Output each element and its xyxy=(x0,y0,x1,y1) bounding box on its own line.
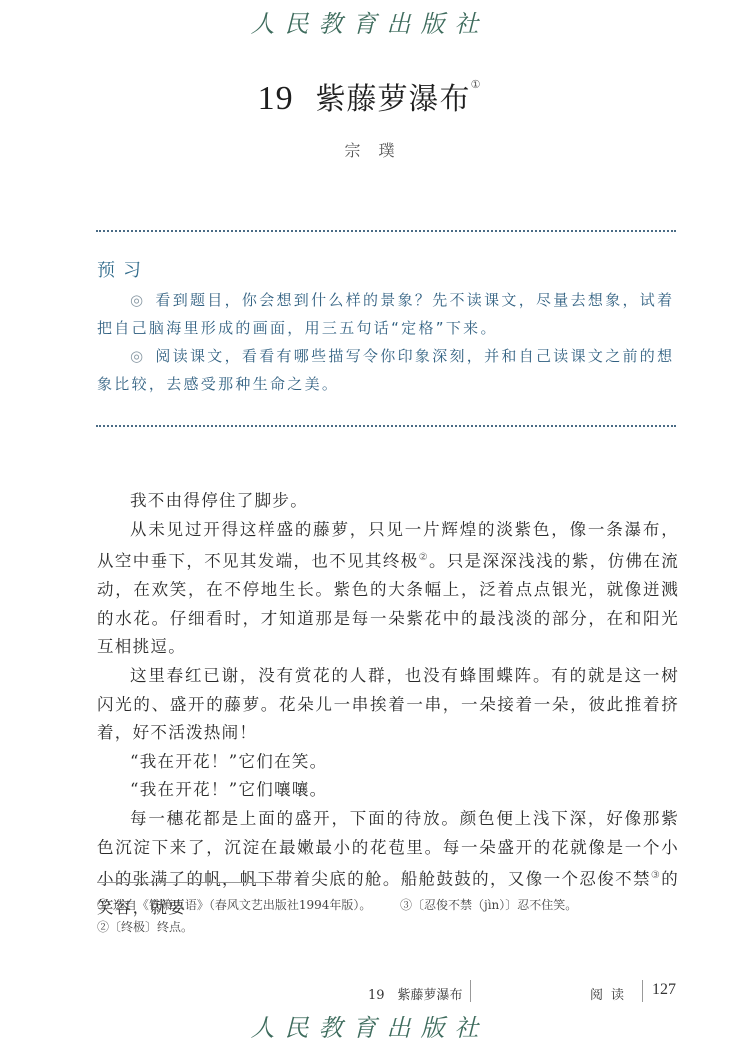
publisher-logo-header: 人民教育出版社 xyxy=(0,4,739,39)
preview-item-text: 阅读课文，看看有哪些描写令你印象深刻，并和自己读课文之前的想象比较，去感受那种生… xyxy=(97,347,674,393)
footer-separator xyxy=(470,980,471,1002)
lesson-title: 19紫藤萝瀑布① xyxy=(0,74,739,118)
footnote-rule xyxy=(97,882,287,883)
preview-item: ◎阅读课文，看看有哪些描写令你印象深刻，并和自己读课文之前的想象比较，去感受那种… xyxy=(97,342,677,398)
lesson-title-text: 紫藤萝瀑布 xyxy=(316,82,471,117)
dotted-divider-bottom xyxy=(96,425,676,427)
preview-heading: 预习 xyxy=(97,256,149,282)
footer-lesson-ref: 19 紫藤萝瀑布 xyxy=(368,984,463,1003)
running-footer: 19 紫藤萝瀑布 阅读 127 xyxy=(0,980,739,1004)
paragraph-text: 每一穗花都是上面的盛开，下面的待放。颜色便上浅下深，好像那紫色沉淀下来了，沉淀在… xyxy=(97,809,679,889)
preview-item-text: 看到题目，你会想到什么样的景象？先不读课文，尽量去想象，试着把自己脑海里形成的画… xyxy=(97,291,674,337)
title-footnote-mark: ① xyxy=(471,78,482,91)
footnote-mark: ③ xyxy=(651,870,661,881)
lesson-number: 19 xyxy=(258,80,294,117)
lesson-body: 我不由得停住了脚步。 从未见过开得这样盛的藤萝，只见一片辉煌的淡紫色，像一条瀑布… xyxy=(97,487,679,923)
author: 宗璞 xyxy=(0,138,739,161)
preview-item: ◎看到题目，你会想到什么样的景象？先不读课文，尽量去想象，试着把自己脑海里形成的… xyxy=(97,286,677,342)
footer-section: 阅读 xyxy=(590,984,632,1003)
page-number: 127 xyxy=(652,981,676,999)
footnote-2: ②〔终极〕终点。 xyxy=(97,916,193,938)
footnote-mark: ② xyxy=(419,552,429,563)
footnote-1: ① 选自《铁箫人语》（春风文艺出版社1994年版）。 xyxy=(97,894,371,916)
bullet-circle-icon: ◎ xyxy=(130,347,145,365)
footnote-3: ③〔忍俊不禁（jìn）〕忍不住笑。 xyxy=(400,894,577,916)
bullet-circle-icon: ◎ xyxy=(130,291,145,309)
paragraph: 从未见过开得这样盛的藤萝，只见一片辉煌的淡紫色，像一条瀑布，从空中垂下，不见其发… xyxy=(97,516,679,662)
publisher-logo-footer: 人民教育出版社 xyxy=(0,1008,739,1043)
footer-separator xyxy=(642,980,643,1002)
paragraph: “我在开花！”它们在笑。 xyxy=(97,748,679,777)
paragraph: 我不由得停住了脚步。 xyxy=(97,487,679,516)
paragraph: 这里春红已谢，没有赏花的人群，也没有蜂围蝶阵。有的就是这一树闪光的、盛开的藤萝。… xyxy=(97,662,679,748)
dotted-divider-top xyxy=(96,230,676,232)
paragraph: “我在开花！”它们嚷嚷。 xyxy=(97,776,679,805)
